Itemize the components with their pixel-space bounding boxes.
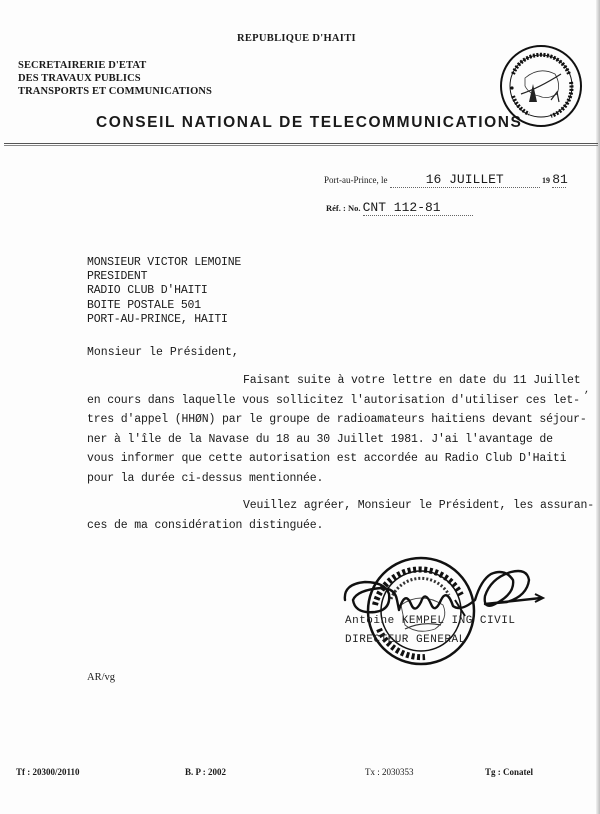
page-edge-shadow: [596, 0, 600, 814]
typist-initials: AR/vg: [87, 672, 115, 683]
body-line: ner à l'île de la Navase du 18 au 30 Jui…: [87, 430, 587, 450]
reference-label: Réf. : No.: [326, 203, 360, 213]
footer-telephone: Tf : 20300/20110: [16, 767, 80, 777]
letter-body: Faisant suite à votre lettre en date du …: [87, 371, 587, 488]
header-divider: [4, 143, 598, 146]
agency-title: CONSEIL NATIONAL DE TELECOMMUNICATIONS: [96, 114, 523, 132]
footer-telex: Tx : 2030353: [365, 767, 414, 777]
closing-line: ces de ma considération distinguée.: [87, 516, 594, 536]
margin-mark: ,: [584, 385, 590, 396]
seal-emblem-icon: [499, 44, 583, 128]
body-line: vous informer que cette autorisation est…: [87, 449, 587, 469]
address-line: PORT-AU-PRINCE, HAITI: [87, 313, 241, 327]
dateline: Port-au-Prince, le 16 JUILLET 19 81: [324, 172, 566, 188]
letter-year: 81: [552, 172, 568, 187]
closing-line: Veuillez agréer, Monsieur le Président, …: [87, 496, 594, 516]
address-line: MONSIEUR VICTOR LEMOINE: [87, 256, 241, 270]
ministry-block: SECRETAIRERIE D'ETAT DES TRAVAUX PUBLICS…: [18, 59, 212, 98]
body-line: Faisant suite à votre lettre en date du …: [87, 371, 587, 391]
body-line: pour la durée ci-dessus mentionnée.: [87, 469, 587, 489]
closing-formula: Veuillez agréer, Monsieur le Président, …: [87, 496, 594, 535]
address-line: RADIO CLUB D'HAITI: [87, 284, 241, 298]
handwritten-signature-icon: [335, 560, 555, 635]
recipient-address: MONSIEUR VICTOR LEMOINE PRESIDENT RADIO …: [87, 256, 241, 327]
letter-page: REPUBLIQUE D'HAITI SECRETAIRERIE D'ETAT …: [0, 0, 600, 814]
century-label: 19: [542, 176, 550, 185]
body-line: tres d'appel (HHØN) par le groupe de rad…: [87, 410, 587, 430]
reference-line: Réf. : No. CNT 112-81: [326, 200, 473, 216]
ministry-line: TRANSPORTS ET COMMUNICATIONS: [18, 85, 212, 98]
place-label: Port-au-Prince, le: [324, 175, 387, 185]
ministry-line: DES TRAVAUX PUBLICS: [18, 72, 212, 85]
footer-postbox: B. P : 2002: [185, 767, 226, 777]
ministry-line: SECRETAIRERIE D'ETAT: [18, 59, 212, 72]
letter-date: 16 JUILLET: [426, 172, 504, 187]
address-line: PRESIDENT: [87, 270, 241, 284]
address-line: BOITE POSTALE 501: [87, 299, 241, 313]
body-line: en cours dans laquelle vous sollicitez l…: [87, 391, 587, 411]
country-heading: REPUBLIQUE D'HAITI: [237, 33, 356, 44]
reference-number: CNT 112-81: [363, 200, 441, 215]
footer-telegram: Tg : Conatel: [485, 767, 533, 777]
salutation: Monsieur le Président,: [87, 346, 239, 359]
